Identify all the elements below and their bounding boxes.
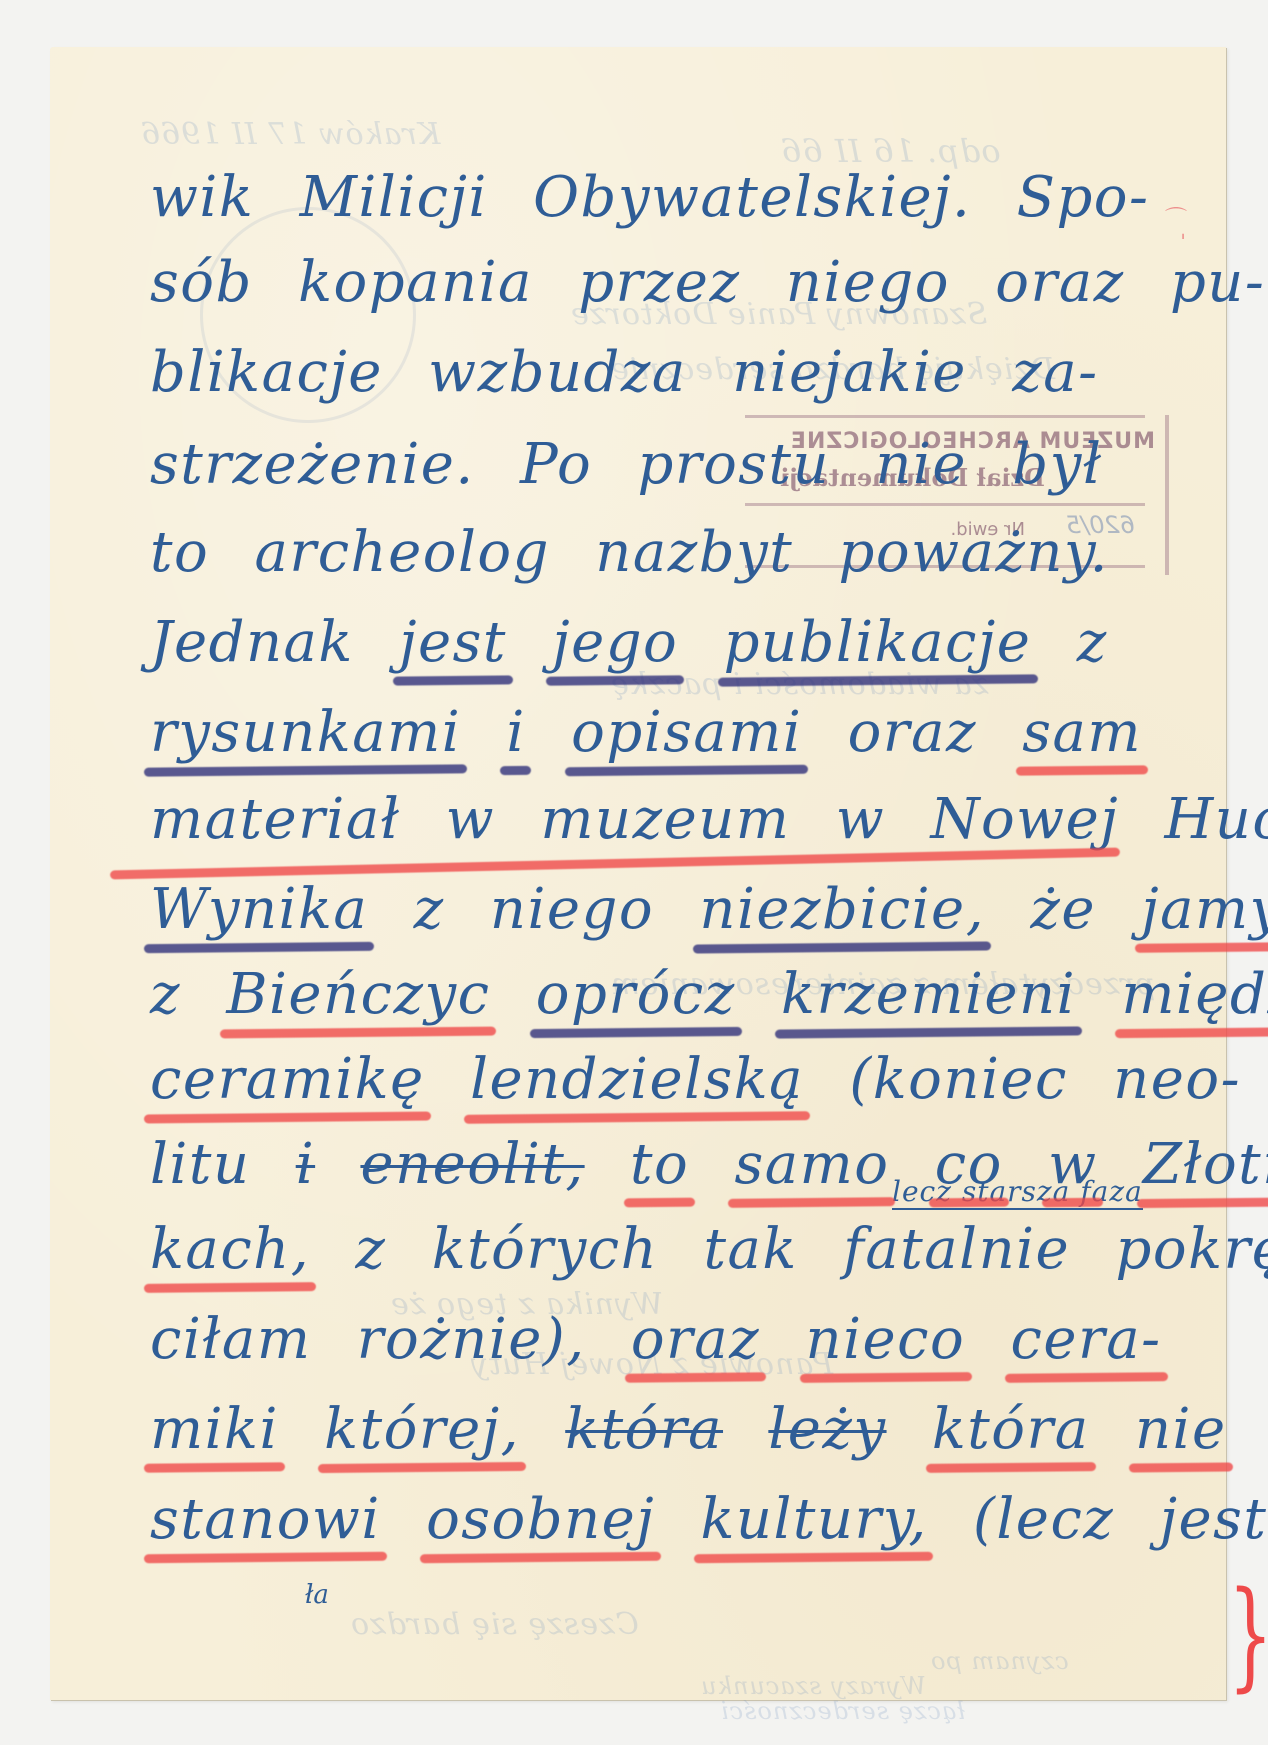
bleed-line: łączę serdeczności [720, 1697, 965, 1725]
letter-page: Kraków 17 II 1966 odp. 16 II 66 Szanowny… [50, 47, 1226, 1700]
text-line-3: blikacje wzbudza niejakie za- [150, 345, 1226, 401]
text-line-12: litu i eneolit, to samo co w Złotni- [150, 1137, 1226, 1193]
bleed-line: czynam po [930, 1647, 1069, 1675]
red-brace-icon: } [1228, 1575, 1268, 1693]
superscript-insert: ła [305, 1580, 329, 1610]
bleed-line: Czeszę się bardzo [350, 1607, 639, 1642]
text-line-11: ceramikę lendzielską (koniec neo- [150, 1052, 1226, 1108]
text-line-9: Wynika z niego niezbicie, że jamy [150, 882, 1226, 938]
text-line-1: wik Milicji Obywatelskiej. Spo- [150, 170, 1226, 226]
text-line-4: strzeżenie. Po prostu nie był [150, 437, 1226, 493]
text-line-13: kach, z których tak fatalnie pokrę- [150, 1222, 1226, 1278]
bleed-date: Kraków 17 II 1966 [140, 117, 440, 152]
text-line-15: miki której, która leży która nie [150, 1402, 1226, 1458]
text-line-8: materiał w muzeum w Nowej Hucie. [150, 792, 1226, 848]
text-line-5: to archeolog nazbyt poważny. [150, 525, 1226, 581]
text-line-7: rysunkami i opisami oraz sam [150, 705, 1226, 761]
text-line-6: Jednak jest jego publikacje z [150, 615, 1226, 671]
text-line-14: ciłam rożnie), oraz nieco cera- [150, 1312, 1226, 1368]
stamp-divider [745, 503, 1145, 506]
red-margin-mark: ˈ [1180, 232, 1186, 257]
bleed-line: Wyrazy szacunku [700, 1672, 926, 1700]
red-underline [110, 848, 1120, 880]
text-line-2: sób kopania przez niego oraz pu- [150, 255, 1226, 311]
stamp-border-top [745, 415, 1145, 418]
red-margin-mark: ⌒ [1165, 202, 1187, 233]
text-line-16: stanowi osobnej kultury, (lecz jest [150, 1492, 1226, 1548]
text-line-10: z Bieńczyc oprócz krzemieni między [150, 967, 1226, 1023]
